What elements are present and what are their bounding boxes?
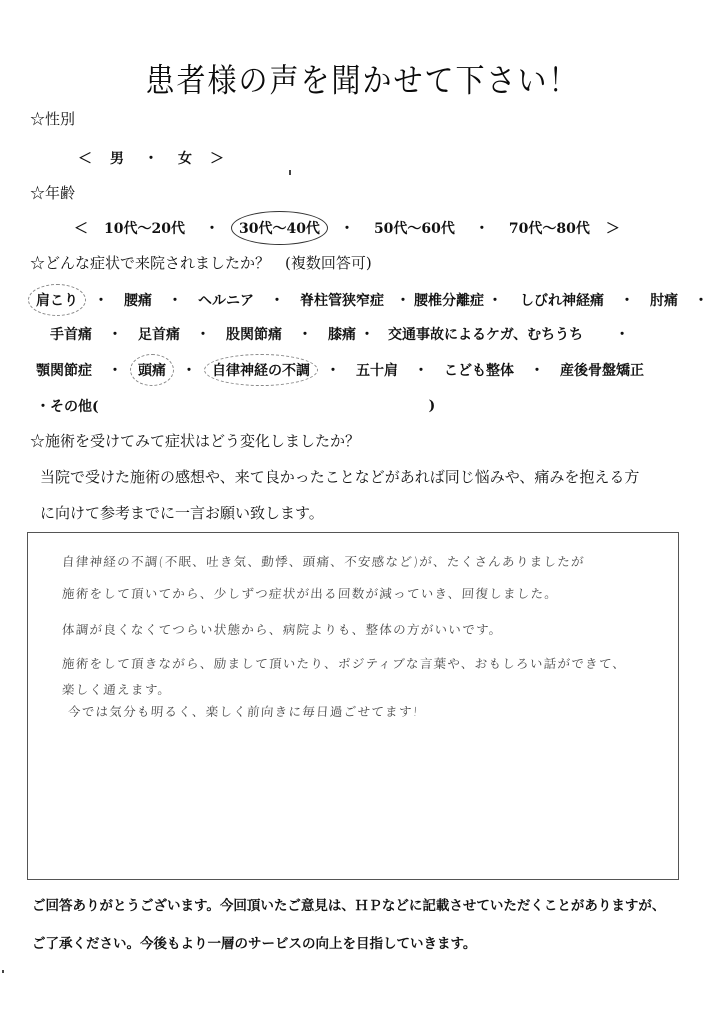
- symptoms-row-1: 肩こり ・ 腰痛 ・ ヘルニア ・ 脊柱管狭窄症 ・ 腰椎分離症 ・ しびれ神経…: [34, 290, 722, 310]
- symptoms-row-3: 顎関節症 ・ 頭痛 ・ 自律神経の不調 ・ 五十肩 ・ こども整体 ・ 産後骨盤…: [34, 360, 646, 380]
- age-option-50-60[interactable]: 50代～60代: [372, 218, 457, 238]
- handwritten-line-1: 自律神経の不調(不眠、吐き気、動悸、頭痛、不安感など)が、たくさんありましたが: [61, 552, 585, 570]
- separator: ・: [108, 324, 122, 344]
- scan-speck: [2, 970, 4, 973]
- separator: ・: [196, 324, 210, 344]
- separator: ・: [396, 290, 410, 310]
- change-label: ☆施術を受けてみて症状はどう変化しましたか？: [30, 430, 360, 451]
- separator: ・: [182, 360, 196, 380]
- separator: ・: [615, 324, 629, 344]
- symptom-frozen-shoulder[interactable]: 五十肩: [354, 360, 400, 380]
- separator: ・: [144, 148, 158, 168]
- symptom-knee-pain[interactable]: 膝痛: [326, 324, 358, 344]
- separator: ・: [270, 290, 284, 310]
- other-close: ): [429, 398, 436, 414]
- symptom-autonomic-imbalance-selected[interactable]: 自律神経の不調: [210, 360, 312, 380]
- symptom-spondylolysis[interactable]: 腰椎分離症: [412, 290, 486, 310]
- symptom-other: ・その他( ): [36, 396, 435, 416]
- separator: ・: [475, 218, 489, 238]
- gender-label: ☆性別: [30, 108, 75, 129]
- bracket-open: ＜: [78, 148, 92, 168]
- separator: ・: [340, 218, 354, 238]
- page-title: 患者様の声を聞かせて下さい！: [0, 56, 725, 102]
- gender-option-female[interactable]: 女: [176, 148, 194, 168]
- symptom-numbness-neuralgia[interactable]: しびれ神経痛: [518, 290, 606, 310]
- symptom-tmj-disorder[interactable]: 顎関節症: [34, 360, 94, 380]
- separator: ・: [168, 290, 182, 310]
- footer-line-2: ご了承ください。今後もより一層のサービスの向上を目指していきます。: [32, 932, 476, 952]
- handwritten-line-5: 楽しく通えます。: [61, 680, 172, 698]
- bracket-close: ＞: [210, 148, 224, 168]
- symptoms-label: ☆どんな症状で来院されましたか？ (複数回答可): [30, 252, 372, 273]
- symptom-wrist-pain[interactable]: 手首痛: [48, 324, 94, 344]
- age-label: ☆年齢: [30, 182, 75, 203]
- gender-option-male[interactable]: 男: [108, 148, 126, 168]
- bracket-open: ＜: [74, 218, 88, 238]
- symptom-headache-selected[interactable]: 頭痛: [136, 360, 168, 380]
- symptom-spinal-stenosis[interactable]: 脊柱管狭窄症: [298, 290, 386, 310]
- separator: ・: [298, 324, 312, 344]
- separator: ・: [205, 218, 219, 238]
- separator: ・: [694, 290, 708, 310]
- separator: ・: [360, 324, 374, 344]
- symptom-ankle-pain[interactable]: 足首痛: [136, 324, 182, 344]
- age-option-10-20[interactable]: 10代～20代: [102, 218, 187, 238]
- handwritten-line-6: 今では気分も明るく、楽しく前向きに毎日過ごせてます!: [67, 702, 419, 720]
- change-prompt-line-2: に向けて参考までに一言お願い致します。: [40, 502, 324, 523]
- other-label: ・その他(: [36, 396, 99, 416]
- pen-mark: [289, 170, 291, 175]
- symptom-traffic-accident-whiplash[interactable]: 交通事故によるケガ、むちうち: [386, 324, 585, 344]
- separator: ・: [326, 360, 340, 380]
- bracket-close: ＞: [606, 218, 620, 238]
- gender-options: ＜ 男 ・ 女 ＞: [78, 148, 224, 168]
- footer-line-1: ご回答ありがとうございます。今回頂いたご意見は、ＨＰなどに記載させていただくこと…: [32, 894, 665, 914]
- symptom-hernia[interactable]: ヘルニア: [196, 290, 256, 310]
- age-options: ＜ 10代～20代 ・ 30代～40代 ・ 50代～60代 ・ 70代～80代 …: [74, 218, 620, 238]
- symptom-elbow-pain[interactable]: 肘痛: [648, 290, 680, 310]
- age-option-70-80[interactable]: 70代～80代: [507, 218, 592, 238]
- handwritten-line-4: 施術をして頂きながら、励まして頂いたり、ポジティブな言葉や、おもしろい話ができて…: [61, 654, 627, 672]
- symptom-kids-chiropractic[interactable]: こども整体: [442, 360, 516, 380]
- separator: ・: [94, 290, 108, 310]
- separator: ・: [530, 360, 544, 380]
- symptom-hip-joint-pain[interactable]: 股関節痛: [224, 324, 284, 344]
- symptoms-row-2: 手首痛 ・ 足首痛 ・ 股関節痛 ・ 膝痛 ・ 交通事故によるケガ、むちうち ・: [48, 324, 629, 344]
- symptom-lower-back-pain[interactable]: 腰痛: [122, 290, 154, 310]
- separator: ・: [414, 360, 428, 380]
- age-option-30-40-selected[interactable]: 30代～40代: [237, 218, 322, 238]
- symptom-postpartum-pelvis[interactable]: 産後骨盤矯正: [558, 360, 646, 380]
- symptom-shoulder-stiffness-selected[interactable]: 肩こり: [34, 290, 80, 310]
- separator: ・: [488, 290, 502, 310]
- handwritten-line-2: 施術をして頂いてから、少しずつ症状が出る回数が減っていき、回復しました。: [61, 584, 559, 602]
- separator: ・: [108, 360, 122, 380]
- handwritten-line-3: 体調が良くなくてつらい状態から、病院よりも、整体の方がいいです。: [61, 620, 503, 638]
- separator: ・: [620, 290, 634, 310]
- change-prompt-line-1: 当院で受けた施術の感想や、来て良かったことなどがあれば同じ悩みや、痛みを抱える方: [40, 466, 639, 487]
